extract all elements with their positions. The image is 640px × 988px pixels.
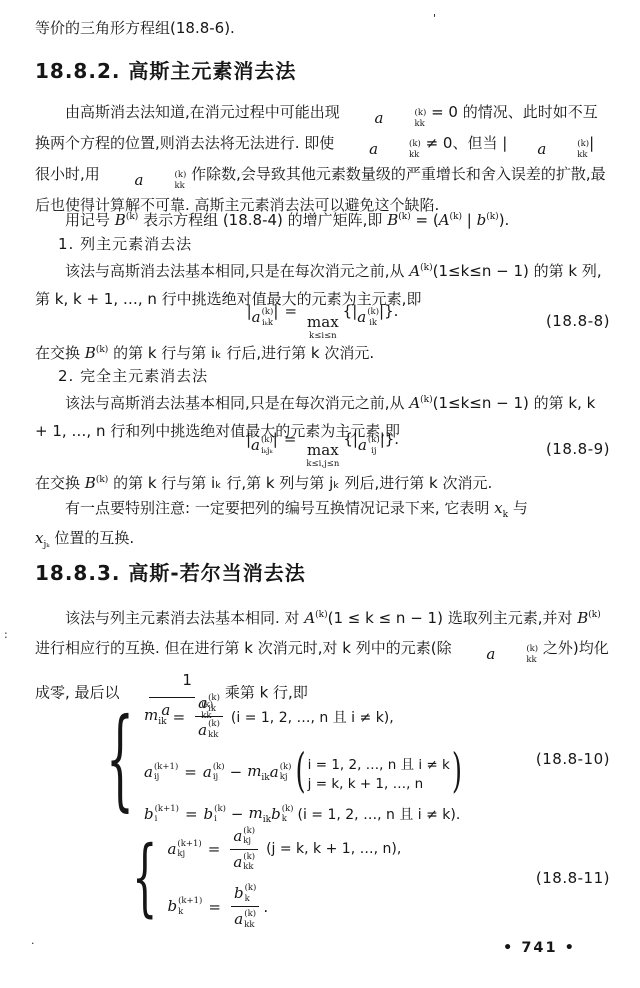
math-a-kj-k: a(k)kj xyxy=(270,762,292,783)
math-scripts: (k)k xyxy=(282,804,294,825)
math-scripts: (k)kk xyxy=(244,909,256,930)
text-run: | xyxy=(462,211,477,229)
equation-line-1: mik=a(k)ika(k)kk(i = 1, 2, …, n 且 i ≠ k)… xyxy=(144,693,462,741)
math-scripts: (k)ik xyxy=(208,693,220,714)
math-subscript: kj xyxy=(243,836,255,847)
heading-text: 18.8.3. 高斯-若尔当消去法 xyxy=(35,561,306,585)
math-superscript: (k) xyxy=(208,693,220,704)
equation-number: (18.8-10) xyxy=(536,750,610,768)
text-run: 由高斯消去法知道,在消元过程中可能出现 xyxy=(65,103,345,121)
math-scripts: (k)kk xyxy=(496,644,538,665)
equation-18-8-9: |a(k)iₖjₖ|=maxk≤i,j≤n{|a(k)ij|}. (18.8-9… xyxy=(35,430,610,469)
math-letter: b xyxy=(477,211,487,229)
math-subscript: kk xyxy=(379,150,421,161)
math-a-kk-k: a(k)kk xyxy=(345,108,427,129)
text-run: 与 xyxy=(508,499,528,517)
math-letter: m xyxy=(249,804,263,822)
scan-artifact-dot: . xyxy=(31,934,35,947)
math-subscript: kk xyxy=(496,655,538,666)
subheading-text: 2. 完全主元素消去法 xyxy=(58,367,208,385)
math-m-ik: mik xyxy=(144,706,167,727)
math-letter: B xyxy=(85,474,96,492)
math-subscript: ik xyxy=(263,815,271,825)
math-letter: a xyxy=(198,696,207,711)
math-superscript: (k) xyxy=(547,139,589,150)
open-set: {| xyxy=(343,302,358,320)
math-scripts: (k)kk xyxy=(243,852,255,873)
condition-text: i = 1, 2, …, n 且 i ≠ k xyxy=(308,753,450,773)
math-superscript: (k) xyxy=(367,307,379,318)
pipe: | xyxy=(273,302,278,320)
math-superscript: (k) xyxy=(420,263,432,273)
math-x-jk: xjₖ xyxy=(35,529,50,547)
math-a-ij-k: a(k)ij xyxy=(203,762,225,783)
math-b-i-k1: b(k+1)i xyxy=(144,804,179,825)
math-B-k: B(k) xyxy=(387,211,411,229)
math-letter: B xyxy=(115,211,126,229)
math-a-ik-k: a(k)ik xyxy=(357,307,379,328)
math-letter: B xyxy=(387,211,398,229)
math-b-i-k: b(k)i xyxy=(204,804,226,825)
math-scripts: (k)kj xyxy=(243,826,255,847)
math-letter: b xyxy=(144,807,154,822)
math-superscript: (k) xyxy=(145,170,187,181)
math-subscript: i xyxy=(214,814,226,825)
math-superscript: (k) xyxy=(398,212,410,222)
intro-text: 等价的三角形方程组(18.8-6). xyxy=(35,19,235,37)
math-m-ik: mik xyxy=(249,804,272,825)
minus-sign: − xyxy=(230,763,243,781)
text-run: 的第 k 行与第 iₖ 行,第 k 列与第 jₖ 列后,进行第 k 次消元. xyxy=(108,474,492,492)
equals-sign: = xyxy=(284,302,297,320)
math-b-k-k: b(k)k xyxy=(271,804,293,825)
math-superscript: (k+1) xyxy=(155,804,179,815)
math-letter: a xyxy=(198,723,207,738)
math-superscript: (k) xyxy=(261,435,273,446)
math-letter: a xyxy=(357,310,366,325)
text-run: ≠ 0、但当 | xyxy=(421,134,507,152)
fraction-denominator: a(k)kk xyxy=(230,850,258,873)
math-superscript: (k) xyxy=(214,804,226,815)
math-superscript: (k) xyxy=(262,307,274,318)
math-subscript: kk xyxy=(208,730,220,741)
condition-text: (j = k, k + 1, …, n), xyxy=(266,841,401,857)
math-superscript: (k) xyxy=(420,395,432,405)
math-superscript: (k) xyxy=(208,719,220,730)
math-scripts: (k)iₖk xyxy=(262,307,274,328)
math-letter: a xyxy=(234,912,243,927)
math-scripts: (k)kk xyxy=(208,719,220,740)
text-run: 该法与列主元素消去法基本相同. 对 xyxy=(65,609,304,627)
math-superscript: (k) xyxy=(243,852,255,863)
math-subscript: iₖjₖ xyxy=(261,446,273,457)
math-b-k-k1: b(k+1)k xyxy=(167,896,202,917)
math-letter: A xyxy=(409,394,420,412)
fraction-numerator: a(k)ik xyxy=(195,693,223,717)
math-superscript: (k+1) xyxy=(178,896,202,907)
condition-text: (i = 1, 2, …, n 且 i ≠ k), xyxy=(231,707,394,727)
scan-artifact-colon: : xyxy=(4,628,8,641)
math-subscript: k xyxy=(178,907,202,918)
math-scripts: (k)kk xyxy=(547,139,589,160)
math-b-k: b(k) xyxy=(477,211,499,229)
math-letter: b xyxy=(204,807,214,822)
math-scripts: (k)k xyxy=(245,883,257,904)
condition-cases: (i = 1, 2, …, n 且 i ≠ kj = k, k + 1, …, … xyxy=(296,753,462,792)
math-subscript: kk xyxy=(244,920,256,931)
scan-artifact-apostrophe: ' xyxy=(433,12,436,25)
math-letter: x xyxy=(494,499,502,517)
math-number: 1 xyxy=(152,665,192,695)
math-subscript: kk xyxy=(243,862,255,873)
math-scripts: (k)ij xyxy=(368,435,380,456)
math-superscript: (k) xyxy=(368,435,380,446)
condition-text: j = k, k + 1, …, n xyxy=(308,776,450,792)
math-letter: m xyxy=(144,706,158,724)
max-operator: maxk≤i,j≤n xyxy=(306,442,339,469)
condition-text: (i = 1, 2, …, n 且 i ≠ k). xyxy=(297,804,460,824)
math-subscript: ik xyxy=(158,717,166,727)
math-superscript: (k+1) xyxy=(177,839,201,850)
math-scripts: (k)kk xyxy=(379,139,421,160)
paragraph-note-line2: xjₖ 位置的互换. xyxy=(35,524,610,560)
page-number: • 741 • xyxy=(503,940,576,956)
equals-sign: = xyxy=(184,763,197,781)
operator-name: max xyxy=(307,314,339,331)
math-letter: b xyxy=(271,807,281,822)
math-a-kj-k1: a(k+1)kj xyxy=(167,839,201,860)
equation-line-1: a(k+1)kj=a(k)kja(k)kk(j = k, k + 1, …, n… xyxy=(167,826,401,874)
math-a-ij-k1: a(k+1)ij xyxy=(144,762,178,783)
math-subscript: kk xyxy=(547,150,589,161)
equals-sign: = xyxy=(208,840,221,858)
equation-number: (18.8-9) xyxy=(546,440,610,458)
subheading-text: 1. 列主元素消去法 xyxy=(58,235,192,253)
equation-line-2: a(k+1)ij=a(k)ij−mika(k)kj(i = 1, 2, …, n… xyxy=(144,753,462,792)
operator-name: max xyxy=(307,442,339,459)
math-B-k: B(k) xyxy=(85,474,109,492)
text-run: 该法与高斯消去法基本相同,只是在每次消元之前,从 xyxy=(65,394,409,412)
text-run: 该法与高斯消去法基本相同,只是在每次消元之前,从 xyxy=(65,262,409,280)
math-letter: a xyxy=(144,765,153,780)
math-superscript: (k) xyxy=(379,139,421,150)
math-A-k: A(k) xyxy=(409,262,432,280)
paragraph-intro: 等价的三角形方程组(18.8-6). xyxy=(35,16,610,40)
math-letter: a xyxy=(251,438,260,453)
page-number-text: • 741 • xyxy=(503,940,576,956)
math-letter: a xyxy=(456,647,495,662)
fraction-denominator: a(k)kk xyxy=(231,907,259,930)
open-set: {| xyxy=(343,430,358,448)
equation-number: (18.8-8) xyxy=(546,312,610,330)
math-superscript: (k) xyxy=(486,212,498,222)
math-letter: A xyxy=(439,211,450,229)
math-B-k: B(k) xyxy=(115,211,139,229)
math-subscript: k xyxy=(282,814,294,825)
math-superscript: (k) xyxy=(96,345,108,355)
math-letter: a xyxy=(270,765,279,780)
left-brace: { xyxy=(132,830,157,927)
math-a-kk-k: a(k)kk xyxy=(507,139,589,160)
math-scripts: (k)iₖjₖ xyxy=(261,435,273,456)
math-scripts: (k+1)i xyxy=(155,804,179,825)
math-letter: a xyxy=(203,765,212,780)
math-subscript: kj xyxy=(177,849,201,860)
math-fraction: b(k)ka(k)kk xyxy=(231,883,259,931)
equation-18-8-10: { mik=a(k)ika(k)kk(i = 1, 2, …, n 且 i ≠ … xyxy=(106,698,610,820)
math-scripts: (k+1)k xyxy=(178,896,202,917)
math-a-kk-k: a(k)kk xyxy=(198,719,220,740)
math-m-ik: mik xyxy=(247,762,270,783)
math-a-kk-k: a(k)kk xyxy=(233,852,255,873)
math-A-k: A(k) xyxy=(409,394,432,412)
math-scripts: (k)kj xyxy=(280,762,292,783)
math-a-kk-k: a(k)kk xyxy=(105,170,187,191)
math-letter: B xyxy=(85,344,96,362)
text-run: ). xyxy=(499,211,510,229)
math-superscript: (k) xyxy=(126,212,138,222)
book-page: 等价的三角形方程组(18.8-6). 18.8.2. 高斯主元素消去法 由高斯消… xyxy=(0,0,640,988)
math-fraction: a(k)kja(k)kk xyxy=(230,826,258,874)
math-letter: A xyxy=(304,609,315,627)
math-a-kk-k: a(k)kk xyxy=(456,644,538,665)
math-A-k: A(k) xyxy=(304,609,327,627)
equation-lines: mik=a(k)ika(k)kk(i = 1, 2, …, n 且 i ≠ k)… xyxy=(144,693,462,825)
equation-lines: a(k+1)kj=a(k)kja(k)kk(j = k, k + 1, …, n… xyxy=(167,826,401,931)
math-superscript: (k+1) xyxy=(154,762,178,773)
math-x-k: xk xyxy=(494,499,508,517)
equation-18-8-11: { a(k+1)kj=a(k)kja(k)kk(j = k, k + 1, …,… xyxy=(132,830,610,926)
equals-sign: = xyxy=(173,708,186,726)
math-subscript: kk xyxy=(145,181,187,192)
equation-line-3: b(k+1)i=b(k)i−mikb(k)k(i = 1, 2, …, n 且 … xyxy=(144,804,462,825)
text-run: (1 ≤ k ≤ n − 1) 选取列主元素,并对 xyxy=(328,609,578,627)
condition-column: i = 1, 2, …, n 且 i ≠ kj = k, k + 1, …, n xyxy=(308,753,450,792)
math-letter: a xyxy=(233,855,242,870)
math-a-ij-k: a(k)ij xyxy=(358,435,380,456)
math-b-k-k: b(k)k xyxy=(234,883,256,904)
text-run: = ( xyxy=(411,211,439,229)
math-a-ikk-k: a(k)iₖk xyxy=(252,307,274,328)
math-A-k: A(k) xyxy=(439,211,462,229)
text-run: 位置的互换. xyxy=(50,529,135,547)
open-paren: ( xyxy=(296,745,306,799)
text-run: 在交换 xyxy=(35,474,85,492)
math-letter: a xyxy=(167,842,176,857)
math-subscript: kj xyxy=(280,772,292,783)
text-run: 表示方程组 (18.8-4) 的增广矩阵,即 xyxy=(138,211,387,229)
math-superscript: (k) xyxy=(282,804,294,815)
math-superscript: (k) xyxy=(280,762,292,773)
math-a-kk-k: a(k)kk xyxy=(339,139,421,160)
math-superscript: (k) xyxy=(213,762,225,773)
math-subscript: i xyxy=(155,814,179,825)
equals-sign: = xyxy=(185,805,198,823)
math-letter: A xyxy=(409,262,420,280)
math-letter: a xyxy=(105,173,144,188)
text-run: 用记号 xyxy=(65,211,115,229)
text-run: 进行相应行的互换. 但在进行第 k 次消元时,对 k 列中的元素(除 xyxy=(35,639,456,657)
math-subscript: ik xyxy=(208,704,220,715)
period: . xyxy=(263,898,268,916)
equals-sign: = xyxy=(284,430,297,448)
math-subscript: kk xyxy=(385,119,427,130)
math-subscript: ik xyxy=(367,318,379,329)
math-subscript: ij xyxy=(213,772,225,783)
text-run: 的第 k 行与第 iₖ 行后,进行第 k 次消元. xyxy=(108,344,374,362)
heading-text: 18.8.2. 高斯主元素消去法 xyxy=(35,59,296,83)
section-heading-18-8-2: 18.8.2. 高斯主元素消去法 xyxy=(35,58,610,84)
left-brace: { xyxy=(106,695,134,823)
math-scripts: (k)ij xyxy=(213,762,225,783)
math-letter: a xyxy=(345,111,384,126)
math-a-ikjk-k: a(k)iₖjₖ xyxy=(251,435,273,456)
math-subscript: ij xyxy=(368,446,380,457)
math-fraction: a(k)ika(k)kk xyxy=(195,693,223,741)
math-letter: a xyxy=(358,438,367,453)
equation-number: (18.8-11) xyxy=(536,869,610,887)
math-letter: a xyxy=(252,310,261,325)
math-a-kk-k: a(k)kk xyxy=(234,909,256,930)
minus-sign: − xyxy=(231,805,244,823)
math-subscript: k xyxy=(245,894,257,905)
math-superscript: (k) xyxy=(315,610,327,620)
pipe: | xyxy=(273,430,278,448)
math-a-kj-k: a(k)kj xyxy=(233,826,255,847)
equation-line-2: b(k+1)k=b(k)ka(k)kk. xyxy=(167,883,401,931)
math-scripts: (k)kk xyxy=(385,108,427,129)
math-superscript: (k) xyxy=(244,909,256,920)
math-scripts: (k)i xyxy=(214,804,226,825)
math-scripts: (k+1)kj xyxy=(177,839,201,860)
text-run: 有一点要特别注意: 一定要把列的编号互换情况记录下来, 它表明 xyxy=(65,499,494,517)
math-superscript: (k) xyxy=(245,883,257,894)
math-letter: b xyxy=(167,899,177,914)
math-superscript: (k) xyxy=(385,108,427,119)
math-letter: m xyxy=(247,762,261,780)
math-superscript: (k) xyxy=(243,826,255,837)
math-scripts: (k)ik xyxy=(367,307,379,328)
math-scripts: (k+1)ij xyxy=(154,762,178,783)
fraction-denominator: a(k)kk xyxy=(195,717,223,740)
math-superscript: (k) xyxy=(96,475,108,485)
fraction-numerator: a(k)kj xyxy=(230,826,258,850)
math-superscript: (k) xyxy=(450,212,462,222)
math-subscript: ik xyxy=(261,773,269,783)
math-letter: b xyxy=(234,886,244,901)
math-B-k: B(k) xyxy=(577,609,601,627)
equals-sign: = xyxy=(208,898,221,916)
fraction-numerator: b(k)k xyxy=(231,883,259,907)
math-letter: B xyxy=(577,609,588,627)
section-heading-18-8-3: 18.8.3. 高斯-若尔当消去法 xyxy=(35,560,610,586)
math-subscript: iₖk xyxy=(262,318,274,329)
math-superscript: (k) xyxy=(588,610,600,620)
close-set: |}. xyxy=(380,430,399,448)
math-letter: a xyxy=(233,829,242,844)
close-set: |}. xyxy=(379,302,398,320)
math-scripts: (k)kk xyxy=(145,170,187,191)
math-superscript: (k) xyxy=(496,644,538,655)
text-run: 在交换 xyxy=(35,344,85,362)
math-B-k: B(k) xyxy=(85,344,109,362)
close-paren: ) xyxy=(452,745,462,799)
math-subscript: ij xyxy=(154,772,178,783)
math-letter: a xyxy=(507,142,546,157)
math-letter: a xyxy=(339,142,378,157)
math-a-ik-k: a(k)ik xyxy=(198,693,220,714)
